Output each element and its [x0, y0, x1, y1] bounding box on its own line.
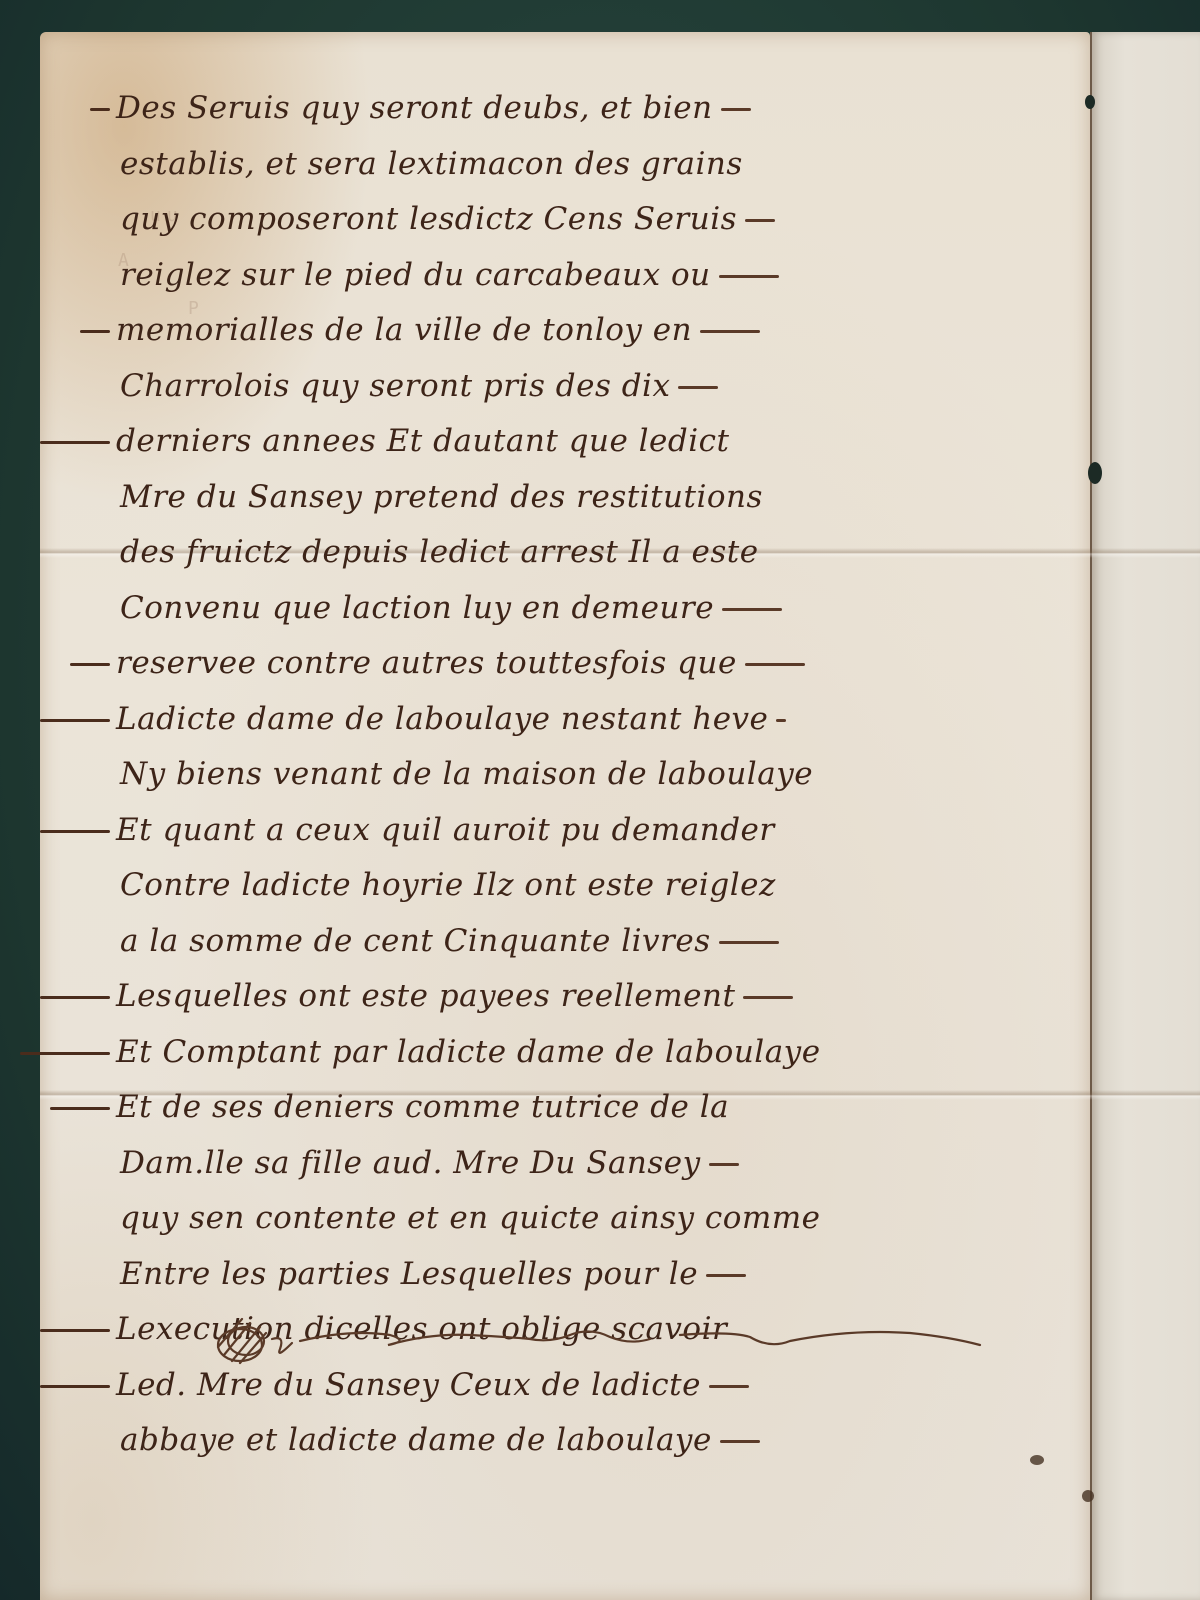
line-text: Ladicte dame de laboulaye nestant heve — [116, 701, 768, 737]
pen-flourish — [70, 663, 110, 666]
page-damage-hole — [1088, 462, 1102, 484]
manuscript-line: des fruictz depuis ledict arrest Il a es… — [120, 534, 1080, 590]
manuscript-line: Ny biens venant de la maison de laboulay… — [120, 756, 1080, 812]
paraph-scribble-icon — [210, 1315, 1010, 1385]
manuscript-line: quy sen contente et en quicte ainsy comm… — [120, 1200, 1080, 1256]
manuscript-line: quy composeront lesdictz Cens Seruis — [120, 201, 1080, 257]
line-text: reiglez sur le pied du carcabeaux ou — [120, 257, 711, 293]
manuscript-line: memorialles de la ville de tonloy en — [120, 312, 1080, 368]
manuscript-line: Charrolois quy seront pris des dix — [120, 368, 1080, 424]
line-text: reservee contre autres touttesfois que — [116, 645, 737, 681]
pen-flourish — [40, 441, 110, 444]
manuscript-line: reservee contre autres touttesfois que — [120, 645, 1080, 701]
line-text: abbaye et ladicte dame de laboulaye — [120, 1422, 712, 1458]
line-text: establis, et sera lextimacon des grains — [120, 146, 743, 182]
manuscript-line: Entre les parties Lesquelles pour le — [120, 1256, 1080, 1312]
line-filler-stroke — [719, 941, 779, 944]
line-text: Convenu que laction luy en demeure — [120, 590, 714, 626]
line-filler-stroke — [700, 330, 760, 333]
manuscript-line: Convenu que laction luy en demeure — [120, 590, 1080, 646]
line-text: memorialles de la ville de tonloy en — [116, 312, 692, 348]
manuscript-line: Des Seruis quy seront deubs, et bien — [120, 90, 1080, 146]
manuscript-line: reiglez sur le pied du carcabeaux ou — [120, 257, 1080, 313]
line-text: des fruictz depuis ledict arrest Il a es… — [120, 534, 759, 570]
manuscript-line: Dam.lle sa fille aud. Mre Du Sansey — [120, 1145, 1080, 1201]
line-text: Contre ladicte hoyrie Ilz ont este reigl… — [120, 867, 776, 903]
manuscript-text: Des Seruis quy seront deubs, et bienesta… — [120, 90, 1080, 1478]
line-text: Lesquelles ont este payees reellement — [116, 978, 735, 1014]
pen-flourish — [40, 1385, 110, 1388]
pen-flourish — [50, 1107, 110, 1110]
line-text: derniers annees Et dautant que ledict — [116, 423, 729, 459]
line-text: Charrolois quy seront pris des dix — [120, 368, 670, 404]
line-filler-stroke — [745, 219, 775, 222]
manuscript-line: Lesquelles ont este payees reellement — [120, 978, 1080, 1034]
line-text: Et de ses deniers comme tutrice de la — [116, 1089, 729, 1125]
line-text: quy composeront lesdictz Cens Seruis — [120, 201, 737, 237]
line-filler-stroke — [743, 996, 793, 999]
line-filler-stroke — [706, 1274, 746, 1277]
pen-flourish — [40, 830, 110, 833]
manuscript-line: Et quant a ceux quil auroit pu demander — [120, 812, 1080, 868]
adjacent-page-edge — [1090, 32, 1200, 1600]
manuscript-line: derniers annees Et dautant que ledict — [120, 423, 1080, 479]
line-text: Et quant a ceux quil auroit pu demander — [116, 812, 775, 848]
pen-flourish — [90, 108, 110, 111]
line-text: Mre du Sansey pretend des restitutions — [120, 479, 763, 515]
pen-flourish — [40, 996, 110, 999]
line-text: Des Seruis quy seront deubs, et bien — [116, 90, 713, 126]
line-filler-stroke — [720, 1440, 760, 1443]
pen-flourish — [80, 330, 110, 333]
pen-flourish — [40, 1329, 110, 1332]
manuscript-line: abbaye et ladicte dame de laboulaye — [120, 1422, 1080, 1478]
line-text: Ny biens venant de la maison de laboulay… — [120, 756, 813, 792]
manuscript-line: Contre ladicte hoyrie Ilz ont este reigl… — [120, 867, 1080, 923]
line-text: Et Comptant par ladicte dame de laboulay… — [116, 1034, 821, 1070]
ink-stain — [1082, 1490, 1094, 1502]
line-text: Dam.lle sa fille aud. Mre Du Sansey — [120, 1145, 701, 1181]
pen-flourish — [20, 1052, 110, 1055]
manuscript-line: a la somme de cent Cinquante livres — [120, 923, 1080, 979]
manuscript-line: Et Comptant par ladicte dame de laboulay… — [120, 1034, 1080, 1090]
line-filler-stroke — [709, 1163, 739, 1166]
line-text: a la somme de cent Cinquante livres — [120, 923, 711, 959]
manuscript-line: Et de ses deniers comme tutrice de la — [120, 1089, 1080, 1145]
line-filler-stroke — [745, 663, 805, 666]
line-filler-stroke — [722, 608, 782, 611]
manuscript-line: Ladicte dame de laboulaye nestant heve — [120, 701, 1080, 757]
line-filler-stroke — [719, 275, 779, 278]
pen-flourish — [40, 719, 110, 722]
manuscript-line: establis, et sera lextimacon des grains — [120, 146, 1080, 202]
page-damage-hole — [1085, 95, 1095, 109]
line-filler-stroke — [678, 386, 718, 389]
line-text: quy sen contente et en quicte ainsy comm… — [120, 1200, 821, 1236]
signature-paraph — [210, 1315, 1010, 1385]
line-filler-stroke — [721, 108, 751, 111]
line-text: Entre les parties Lesquelles pour le — [120, 1256, 698, 1292]
manuscript-line: Mre du Sansey pretend des restitutions — [120, 479, 1080, 535]
line-filler-stroke — [776, 719, 786, 722]
ink-stain — [1030, 1455, 1044, 1465]
